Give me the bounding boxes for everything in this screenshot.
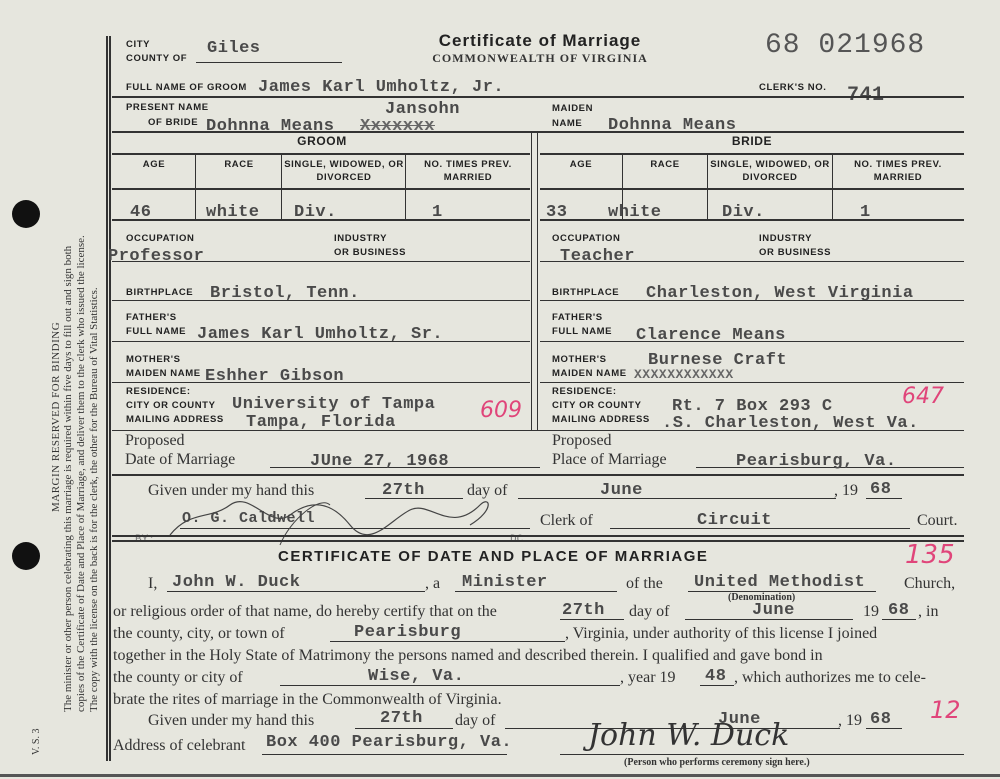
groom-table-bottom — [112, 219, 530, 221]
groom-name-underline — [112, 96, 964, 98]
bride-table-top — [540, 153, 964, 155]
groom-name-label: Full Name of Groom — [126, 81, 247, 94]
license-divider-1 — [112, 535, 964, 537]
groom-mother-underline — [112, 382, 530, 383]
groom-residence-line1: University of Tampa — [232, 395, 435, 414]
groom-occupation-value: Professor — [108, 247, 204, 266]
bride-residence-line2: .S. Charleston, West Va. — [662, 414, 919, 433]
officiant-name: John W. Duck — [172, 573, 300, 592]
denomination-value: United Methodist — [694, 573, 865, 592]
address-value: Box 400 Pearisburg, Va. — [266, 733, 512, 752]
bride-mother-label-2: Maiden Name — [552, 367, 627, 380]
form-code: V. S. 3 — [30, 729, 43, 756]
groom-table-mid — [112, 188, 530, 190]
maiden-label-1: Maiden — [552, 102, 593, 115]
clerk-of-label: Clerk of — [540, 512, 593, 530]
bride-col-race: Race — [622, 158, 708, 171]
bride-occupation-label: Occupation — [552, 232, 620, 245]
bride-name-underline — [112, 131, 964, 133]
ceremony-church-label: Church, — [904, 575, 955, 593]
county-label: County of — [126, 52, 187, 65]
court-value: Circuit — [697, 511, 772, 530]
groom-table-top — [112, 153, 530, 155]
margin-instruction-line2: copies of the Certificate of Date and Pl… — [75, 235, 88, 712]
bride-father-value: Clarence Means — [636, 326, 786, 345]
groom-father-underline — [112, 341, 530, 342]
court-label: Court. — [917, 512, 957, 530]
bride-proposed-label-2: Place of Marriage — [552, 451, 667, 469]
groom-proposed-value: JUne 27, 1968 — [310, 452, 449, 471]
bride-proposed-value: Pearisburg, Va. — [736, 452, 897, 471]
groom-mother-label-2: Maiden Name — [126, 367, 201, 380]
bride-mother-struck: XXXXXXXXXXXX — [634, 367, 734, 382]
bride-industry-label-1: Industry — [759, 232, 812, 245]
bride-birthplace-underline — [540, 300, 964, 301]
county-underline — [196, 62, 342, 63]
ceremony-red-annotation-bottom: 12 — [930, 696, 961, 724]
ceremony-i-label: I, — [148, 575, 157, 593]
bride-occupation-value: Teacher — [560, 247, 635, 266]
groom-mother-label-1: Mother's — [126, 353, 181, 366]
bride-table-col2 — [707, 153, 708, 219]
left-border — [106, 36, 108, 761]
bride-proposed-label-1: Proposed — [552, 432, 612, 450]
groom-occupation-label: Occupation — [126, 232, 194, 245]
bride-table-mid — [540, 188, 964, 190]
bride-mother-underline — [540, 382, 964, 383]
ceremony-given-label: Given under my hand this — [148, 712, 314, 730]
bond-year-value: 48 — [705, 667, 726, 686]
groom-proposed-label-2: Date of Marriage — [125, 451, 235, 469]
ceremony-line4: together in the Holy State of Matrimony … — [113, 647, 823, 665]
bride-industry-label-2: or Business — [759, 246, 831, 259]
margin-instruction-line1: The minister or other person celebrating… — [62, 246, 75, 712]
certificate-number: 68 021968 — [765, 30, 925, 61]
license-month-underline — [518, 498, 836, 499]
ceremony-of-the-label: of the — [626, 575, 663, 593]
ceremony-given-day-of-label: day of — [455, 712, 495, 730]
groom-col-age: Age — [112, 158, 196, 171]
ceremony-year-prefix: 19 — [863, 603, 879, 621]
maiden-label-2: Name — [552, 117, 582, 130]
ceremony-year-value: 68 — [888, 601, 909, 620]
page-title: Certificate of Marriage — [380, 31, 700, 51]
page-subtitle: COMMONWEALTH OF VIRGINIA — [380, 51, 700, 66]
bride-present-label-1: Present Name — [126, 101, 209, 114]
left-border-inner — [109, 36, 111, 761]
bond-county-value: Wise, Va. — [368, 667, 464, 686]
groom-birthplace-underline — [112, 300, 530, 301]
groom-residence-label-2: City or County — [126, 399, 216, 412]
bride-present-struck: Xxxxxxx — [360, 117, 435, 136]
bride-father-label-2: Full Name — [552, 325, 612, 338]
groom-col-race: Race — [196, 158, 282, 171]
groom-birthplace-label: Birthplace — [126, 286, 193, 299]
center-divider-2 — [537, 132, 538, 430]
bride-table-col3 — [832, 153, 833, 219]
ceremony-line3-suffix: , Virginia, under authority of this lice… — [565, 625, 877, 643]
ceremony-line5-mid: , year 19 — [620, 669, 676, 687]
license-year-prefix: , 19 — [834, 482, 858, 500]
groom-industry-label-2: or Business — [334, 246, 406, 259]
bride-col-times: No. Times Prev. Married — [832, 158, 964, 184]
bride-occupation-underline — [540, 261, 964, 262]
proposed-bottom-line — [112, 474, 964, 476]
bride-birthplace-label: Birthplace — [552, 286, 619, 299]
groom-proposed-label-1: Proposed — [125, 432, 185, 450]
ceremony-given-year-value: 68 — [870, 710, 891, 729]
officiant-signature: John W. Duck — [588, 718, 789, 753]
groom-red-annotation: 609 — [480, 398, 522, 423]
city-label: City — [126, 38, 150, 51]
ceremony-line5-suffix: , which authorizes me to cele- — [734, 669, 926, 687]
county-value: Giles — [207, 39, 261, 58]
groom-table-col3 — [405, 153, 406, 219]
binding-hole-top — [12, 200, 40, 228]
groom-industry-label-1: Industry — [334, 232, 387, 245]
groom-table-col1 — [195, 153, 196, 219]
ceremony-month-value: June — [752, 601, 795, 620]
ceremony-a-label: , a — [425, 575, 440, 593]
ceremony-day-value: 27th — [562, 601, 605, 620]
ceremony-line2-prefix: or religious order of that name, do here… — [113, 603, 497, 621]
bride-col-age: Age — [540, 158, 622, 171]
address-underline — [262, 754, 507, 755]
bride-residence-label-1: Residence: — [552, 385, 617, 398]
groom-occupation-underline — [112, 261, 530, 262]
groom-table-col2 — [281, 153, 282, 219]
clerk-no-label: Clerk's No. — [759, 81, 826, 94]
ceremony-day-of-label: day of — [629, 603, 669, 621]
groom-col-times: No. Times Prev. Married — [406, 158, 530, 184]
ceremony-red-annotation-top: 135 — [905, 540, 955, 570]
groom-father-label-2: Full Name — [126, 325, 186, 338]
officiant-title: Minister — [462, 573, 548, 592]
bride-residence-label-2: City or County — [552, 399, 642, 412]
bride-mother-label-1: Mother's — [552, 353, 607, 366]
bride-col-status: Single, Widowed, or Divorced — [708, 158, 832, 184]
groom-col-status: Single, Widowed, or Divorced — [282, 158, 406, 184]
ceremony-title: CERTIFICATE OF DATE AND PLACE OF MARRIAG… — [278, 548, 708, 565]
ceremony-line5-prefix: the county or city of — [113, 669, 243, 687]
bottom-border — [0, 774, 1000, 777]
license-divider-2 — [112, 540, 964, 542]
center-divider — [531, 132, 532, 430]
bride-father-label-1: Father's — [552, 311, 603, 324]
groom-residence-label-1: Residence: — [126, 385, 191, 398]
bride-section-label: BRIDE — [540, 135, 964, 148]
bride-present-label-2: of Bride — [148, 116, 198, 129]
margin-instruction-line3: The copy with the license on the back is… — [88, 287, 101, 712]
bride-red-annotation: 647 — [902, 384, 944, 409]
ceremony-line3-prefix: the county, city, or town of — [113, 625, 285, 643]
groom-residence-label-3: Mailing Address — [126, 413, 224, 426]
bride-residence-label-3: Mailing Address — [552, 413, 650, 426]
groom-name-value: James Karl Umholtz, Jr. — [258, 78, 504, 97]
groom-mother-value: Eshher Gibson — [205, 367, 344, 386]
groom-section-label: GROOM — [112, 135, 532, 148]
license-year-value: 68 — [870, 480, 891, 499]
ceremony-town-value: Pearisburg — [354, 623, 461, 642]
binding-hole-bottom — [12, 542, 40, 570]
address-label: Address of celebrant — [113, 737, 245, 755]
ceremony-given-year-prefix: , 19 — [838, 712, 862, 730]
license-month-value: June — [600, 481, 643, 500]
bride-table-bottom — [540, 219, 964, 221]
signature-underline — [560, 754, 964, 755]
signature-caption: (Person who performs ceremony sign here.… — [624, 757, 810, 768]
bride-father-underline — [540, 341, 964, 342]
ceremony-in-label: , in — [918, 603, 938, 621]
ceremony-given-day-value: 27th — [380, 709, 423, 728]
ceremony-given-day-underline — [355, 728, 453, 729]
ceremony-line6: brate the rites of marriage in the Commo… — [113, 691, 502, 709]
groom-father-label-1: Father's — [126, 311, 177, 324]
